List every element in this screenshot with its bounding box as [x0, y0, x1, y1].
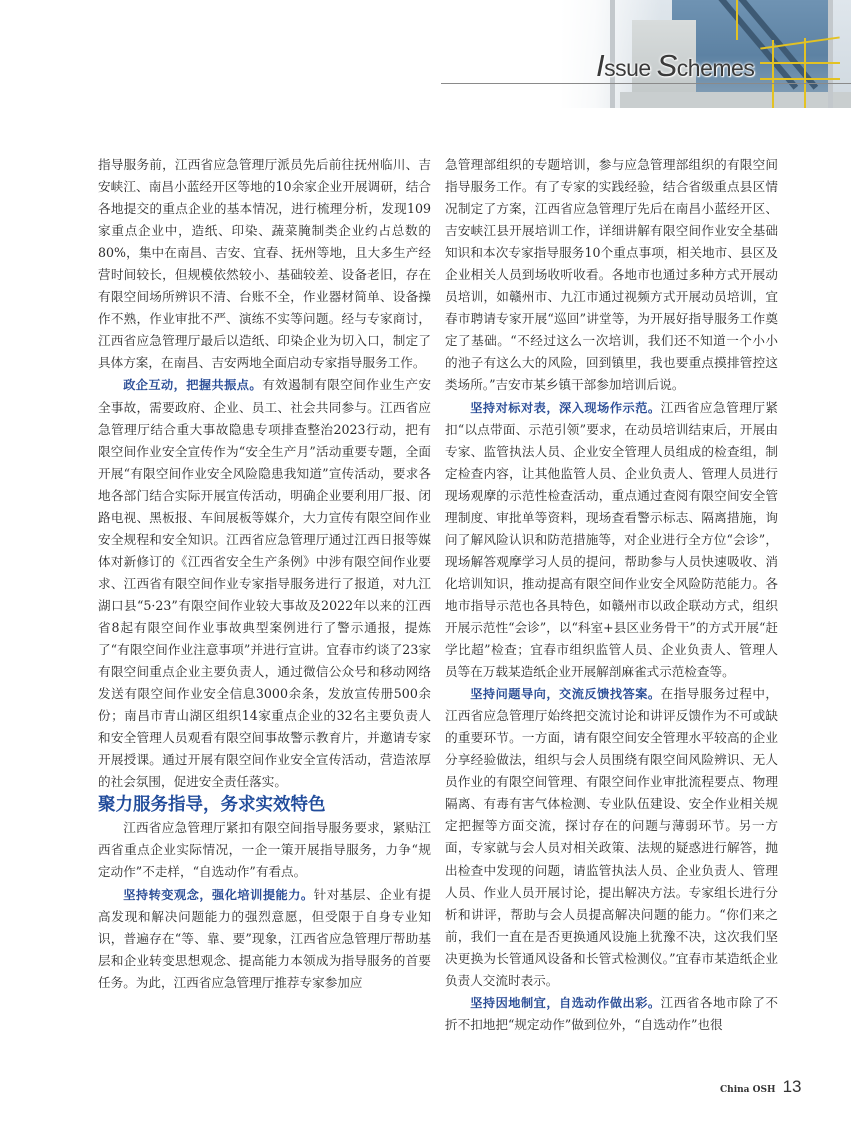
paragraph-body: 在指导服务过程中，江西省应急管理厅始终把交流讨论和讲评反馈作为不可或缺的重要环节… [445, 686, 778, 988]
paragraph: 江西省应急管理厅紧扣有限空间指导服务要求，紧贴江西省重点企业实际情况，一企一策开… [98, 817, 431, 883]
paragraph-lead: 坚持转变观念，强化培训提能力。 [123, 888, 313, 902]
paragraph: 坚持转变观念，强化培训提能力。针对基层、企业有提高发现和解决问题能力的强烈意愿，… [98, 884, 431, 994]
paragraph-lead: 政企互动，把握共振点。 [123, 378, 262, 392]
title-initial: I [596, 48, 604, 83]
concrete-base [620, 92, 851, 108]
yellow-railing-post [772, 40, 774, 108]
paragraph: 政企互动，把握共振点。有效遏制有限空间作业生产安全事故，需要政府、企业、员工、社… [98, 374, 431, 793]
page-footer: China OSH 13 [720, 1077, 802, 1097]
title-word: ssue [604, 55, 656, 81]
pipe [828, 0, 833, 108]
section-heading: 聚力服务指导，务求实效特色 [98, 793, 431, 817]
column-title: Issue Schemes [596, 48, 754, 84]
yellow-railing-post [736, 0, 738, 40]
right-column: 急管理部组织的专题培训，参与应急管理部组织的有限空间指导服务工作。有了专家的实践… [445, 154, 778, 1036]
yellow-railing-post [804, 38, 806, 108]
paragraph: 坚持因地制宜，自选动作做出彩。江西省各地市除了不折不扣地把“规定动作”做到位外，… [445, 992, 778, 1036]
paragraph: 急管理部组织的专题培训，参与应急管理部组织的有限空间指导服务工作。有了专家的实践… [445, 154, 778, 397]
paragraph-lead: 坚持对标对表，深入现场作示范。 [470, 401, 660, 415]
paragraph-body: 江西省应急管理厅紧扣“以点带面、示范引领”要求，在动员培训结束后，开展由专家、监… [445, 400, 778, 680]
paragraph: 坚持问题导向，交流反馈找答案。在指导服务过程中，江西省应急管理厅始终把交流讨论和… [445, 683, 778, 992]
paragraph-body: 有效遏制有限空间作业生产安全事故，需要政府、企业、员工、社会共同参与。江西省应急… [98, 377, 431, 789]
paragraph: 指导服务前，江西省应急管理厅派员先后前往抚州临川、吉安峡江、南昌小蓝经开区等地的… [98, 154, 431, 374]
left-column: 指导服务前，江西省应急管理厅派员先后前往抚州临川、吉安峡江、南昌小蓝经开区等地的… [98, 154, 431, 994]
paragraph-lead: 坚持问题导向，交流反馈找答案。 [470, 687, 660, 701]
paragraph: 坚持对标对表，深入现场作示范。江西省应急管理厅紧扣“以点带面、示范引领”要求，在… [445, 397, 778, 684]
magazine-name: China OSH [720, 1085, 775, 1095]
title-initial: S [657, 48, 677, 83]
title-word: chemes [677, 55, 755, 81]
page-number: 13 [783, 1077, 802, 1096]
paragraph-lead: 坚持因地制宜，自选动作做出彩。 [470, 996, 660, 1010]
